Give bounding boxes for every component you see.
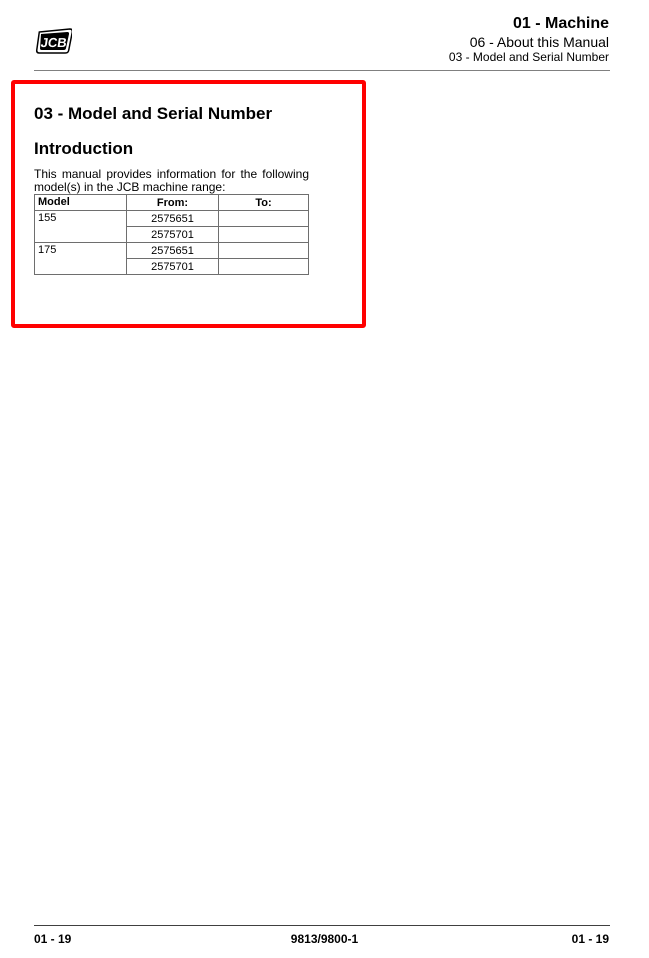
cell-from: 2575651 — [127, 243, 219, 259]
header-chapter: 01 - Machine — [449, 14, 609, 34]
footer-document-number: 9813/9800-1 — [0, 932, 649, 946]
model-serial-table: Model From: To: 155 2575651 2575701 175 … — [34, 194, 309, 275]
footer-page-left: 01 - 19 — [34, 932, 71, 946]
header-section: 06 - About this Manual — [449, 34, 609, 50]
column-header-to: To: — [219, 195, 309, 211]
footer-page-right: 01 - 19 — [572, 932, 609, 946]
header-topic: 03 - Model and Serial Number — [449, 50, 609, 64]
cell-from: 2575651 — [127, 211, 219, 227]
page-title: 03 - Model and Serial Number — [34, 103, 309, 125]
cell-to — [219, 243, 309, 259]
page-header: 01 - Machine 06 - About this Manual 03 -… — [449, 14, 609, 64]
header-divider — [34, 70, 610, 71]
table-header-row: Model From: To: — [35, 195, 309, 211]
column-header-model: Model — [35, 195, 127, 211]
cell-model: 175 — [35, 243, 127, 275]
column-header-from: From: — [127, 195, 219, 211]
jcb-logo-icon: JCB — [34, 27, 72, 55]
cell-to — [219, 227, 309, 243]
intro-paragraph: This manual provides information for the… — [34, 168, 309, 194]
cell-to — [219, 211, 309, 227]
footer-divider — [34, 925, 610, 926]
svg-text:JCB: JCB — [40, 35, 68, 50]
table-row: 175 2575651 — [35, 243, 309, 259]
section-heading: Introduction — [34, 138, 309, 160]
cell-from: 2575701 — [127, 227, 219, 243]
main-content: 03 - Model and Serial Number Introductio… — [34, 103, 309, 275]
table-row: 155 2575651 — [35, 211, 309, 227]
cell-model: 155 — [35, 211, 127, 243]
cell-from: 2575701 — [127, 259, 219, 275]
cell-to — [219, 259, 309, 275]
